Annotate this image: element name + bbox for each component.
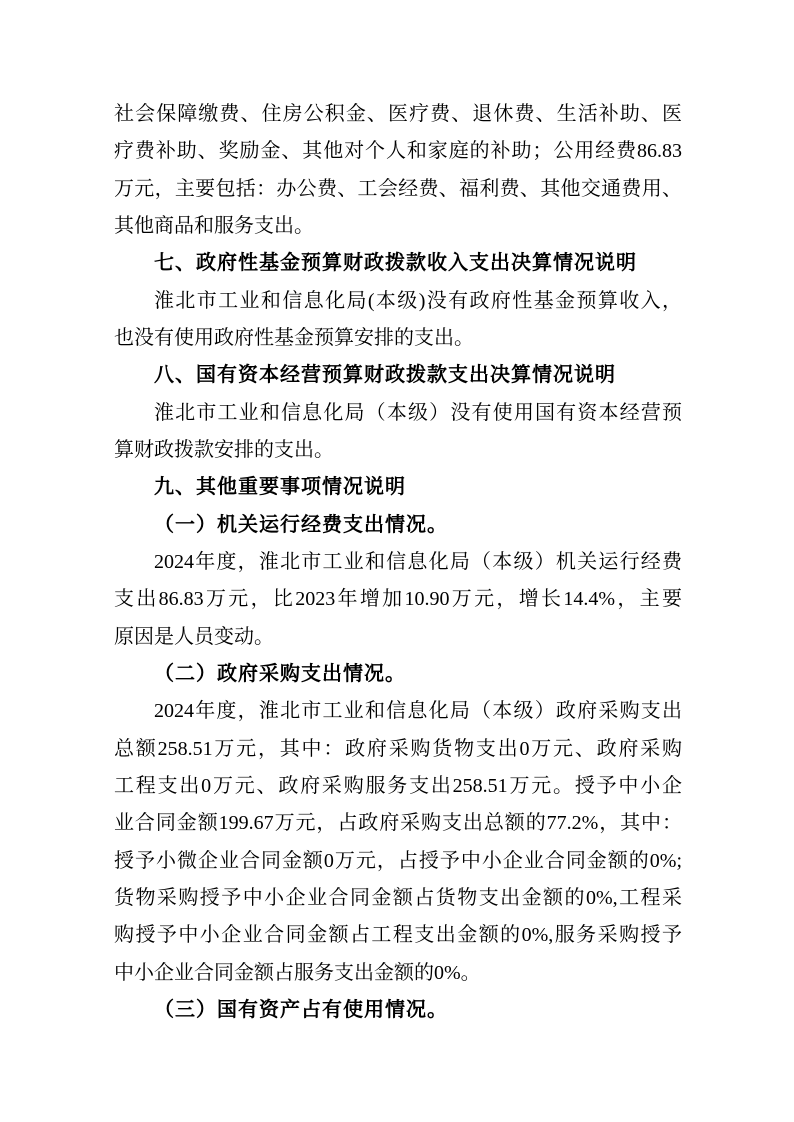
heading-section-9-2: （二）政府采购支出情况。 bbox=[114, 656, 682, 693]
text-line: 算财政拨款安排的支出。 bbox=[114, 432, 682, 469]
text-line: 工程支出0万元、政府采购服务支出258.51万元。授予中小企 bbox=[114, 768, 682, 805]
para-personnel-public-expense-continued: 社会保障缴费、住房公积金、医疗费、退休费、生活补助、医疗费补助、奖励金、其他对个… bbox=[114, 96, 682, 245]
section-heading: 七、政府性基金预算财政拨款收入支出决算情况说明 bbox=[114, 245, 682, 282]
text-line: 疗费补助、奖励金、其他对个人和家庭的补助；公用经费86.83 bbox=[114, 133, 682, 170]
text-line: 业合同金额199.67万元，占政府采购支出总额的77.2%，其中： bbox=[114, 805, 682, 842]
text-line: 万元，主要包括：办公费、工会经费、福利费、其他交通费用、 bbox=[114, 171, 682, 208]
heading-section-7: 七、政府性基金预算财政拨款收入支出决算情况说明 bbox=[114, 245, 682, 282]
section-heading: （一）机关运行经费支出情况。 bbox=[114, 507, 682, 544]
heading-section-8: 八、国有资本经营预算财政拨款支出决算情况说明 bbox=[114, 357, 682, 394]
para-section-7: 淮北市工业和信息化局(本级)没有政府性基金预算收入，也没有使用政府性基金预算安排… bbox=[114, 283, 682, 358]
text-line: 总额258.51万元，其中：政府采购货物支出0万元、政府采购 bbox=[114, 731, 682, 768]
section-heading: 八、国有资本经营预算财政拨款支出决算情况说明 bbox=[114, 357, 682, 394]
text-line: 支出86.83万元，比2023年增加10.90万元，增长14.4%，主要 bbox=[114, 581, 682, 618]
text-line: 原因是人员变动。 bbox=[114, 619, 682, 656]
text-line: 其他商品和服务支出。 bbox=[114, 208, 682, 245]
para-section-9-2: 2024年度，淮北市工业和信息化局（本级）政府采购支出总额258.51万元，其中… bbox=[114, 693, 682, 992]
text-line: 也没有使用政府性基金预算安排的支出。 bbox=[114, 320, 682, 357]
text-line: 2024年度，淮北市工业和信息化局（本级）政府采购支出 bbox=[114, 693, 682, 730]
heading-section-9: 九、其他重要事项情况说明 bbox=[114, 469, 682, 506]
text-line: 淮北市工业和信息化局（本级）没有使用国有资本经营预 bbox=[114, 395, 682, 432]
para-section-9-1: 2024年度，淮北市工业和信息化局（本级）机关运行经费支出86.83万元，比20… bbox=[114, 544, 682, 656]
para-section-8: 淮北市工业和信息化局（本级）没有使用国有资本经营预算财政拨款安排的支出。 bbox=[114, 395, 682, 470]
text-line: 货物采购授予中小企业合同金额占货物支出金额的0%,工程采 bbox=[114, 880, 682, 917]
section-heading: （三）国有资产占有使用情况。 bbox=[114, 992, 682, 1029]
text-line: 中小企业合同金额占服务支出金额的0%。 bbox=[114, 955, 682, 992]
text-line: 淮北市工业和信息化局(本级)没有政府性基金预算收入， bbox=[114, 283, 682, 320]
text-line: 2024年度，淮北市工业和信息化局（本级）机关运行经费 bbox=[114, 544, 682, 581]
document-page: 社会保障缴费、住房公积金、医疗费、退休费、生活补助、医疗费补助、奖励金、其他对个… bbox=[0, 0, 794, 1122]
text-line: 授予小微企业合同金额0万元，占授予中小企业合同金额的0%; bbox=[114, 843, 682, 880]
text-line: 社会保障缴费、住房公积金、医疗费、退休费、生活补助、医 bbox=[114, 96, 682, 133]
text-line: 购授予中小企业合同金额占工程支出金额的0%,服务采购授予 bbox=[114, 917, 682, 954]
heading-section-9-3: （三）国有资产占有使用情况。 bbox=[114, 992, 682, 1029]
document-body: 社会保障缴费、住房公积金、医疗费、退休费、生活补助、医疗费补助、奖励金、其他对个… bbox=[114, 96, 682, 1029]
section-heading: （二）政府采购支出情况。 bbox=[114, 656, 682, 693]
section-heading: 九、其他重要事项情况说明 bbox=[114, 469, 682, 506]
heading-section-9-1: （一）机关运行经费支出情况。 bbox=[114, 507, 682, 544]
